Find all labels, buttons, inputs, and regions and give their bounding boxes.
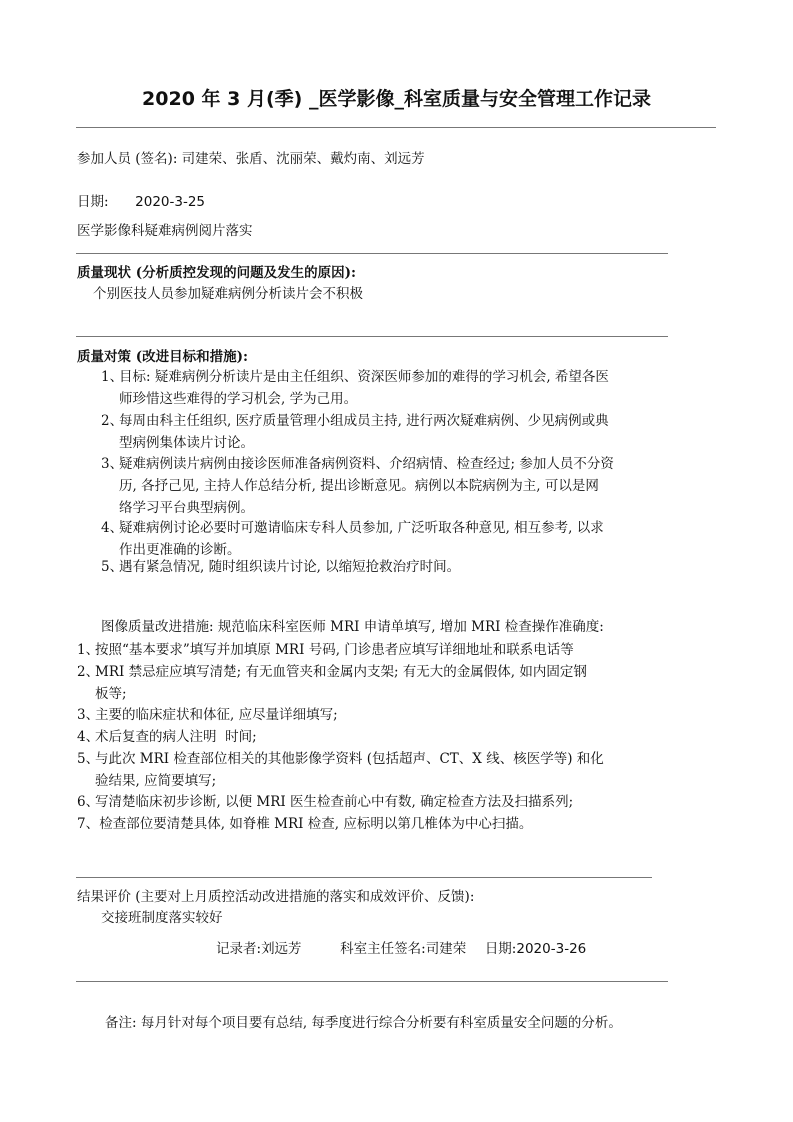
participants-label: 参加人员 (签名): [77,151,177,167]
sign-date-value: 2020-3-26 [516,941,586,957]
topic: 医学影像科疑难病例阅片落实 [77,220,253,242]
image-quality-heading: 图像质量改进措施: 规范临床科室医师 MRI 申请单填写, 增加 MRI 检查操… [101,616,604,638]
image-item-3: 3、 主要的临床症状和体征, 应尽量详细填写; [77,704,727,726]
sign-date-label: 日期: [485,941,517,957]
participants-row: 参加人员 (签名): 司建荣、张盾、沈丽荣、戴灼南、刘远芳 [77,148,425,170]
measure-item-4: 4、 疑难病例讨论必要时可邀请临床专科人员参加, 广泛听取各种意见, 相互参考,… [101,517,721,561]
measure-item-2: 2、 每周由科主任组织, 医疗质量管理小组成员主持, 进行两次疑难病例、少见病例… [101,410,721,454]
divider [76,336,668,337]
status-heading: 质量现状 (分析质控发现的问题及发生的原因): [77,262,356,284]
divider [76,127,716,128]
status-content: 个别医技人员参加疑难病例分析读片会不积极 [93,283,363,305]
measures-heading: 质量对策 (改进目标和措施): [77,346,248,368]
image-item-2: 2、 MRI 禁忌症应填写清楚; 有无血管夹和金属内支架; 有无大的金属假体, … [77,661,727,705]
image-item-6: 6、 写清楚临床初步诊断, 以便 MRI 医生检查前心中有数, 确定检查方法及扫… [77,791,727,813]
date-label: 日期: [77,194,109,210]
evaluation-content: 交接班制度落实较好 [101,907,223,929]
divider [76,877,652,878]
date-value: 2020-3-25 [135,194,205,210]
participants-names: 司建荣、张盾、沈丽荣、戴灼南、刘远芳 [182,151,425,167]
image-item-7: 7、 检查部位要清楚具体, 如脊椎 MRI 检查, 应标明以第几椎体为中心扫描。 [77,813,727,835]
divider [76,981,668,982]
director-label: 科室主任签名: [340,941,426,957]
footnote: 备注: 每月针对每个项目要有总结, 每季度进行综合分析要有科室质量安全问题的分析… [105,1012,622,1034]
image-item-1: 1、 按照“基本要求”填写并加填原 MRI 号码, 门诊患者应填写详细地址和联系… [77,639,727,661]
date-row: 日期: 2020-3-25 [77,191,205,213]
image-item-4: 4、 术后复查的病人注明 时间; [77,726,727,748]
image-item-5: 5、 与此次 MRI 检查部位相关的其他影像学资料 (包括超声、CT、X 线、核… [77,748,727,792]
recorder-name: 刘远芳 [261,941,302,957]
divider [76,253,668,254]
evaluation-heading: 结果评价 (主要对上月质控活动改进措施的落实和成效评价、反馈): [77,886,474,908]
signature-row: 记录者:刘远芳 科室主任签名:司建荣 日期:2020-3-26 [216,938,586,960]
measure-item-5: 5、 遇有紧急情况, 随时组织读片讨论, 以缩短抢救治疗时间。 [101,556,721,578]
recorder-label: 记录者: [216,941,261,957]
page-title: 2020 年 3 月(季) _医学影像_科室质量与安全管理工作记录 [0,84,793,111]
measure-item-3: 3、 疑难病例读片病例由接诊医师准备病例资料、介绍病情、检查经过; 参加人员不分… [101,453,721,519]
director-name: 司建荣 [426,941,467,957]
measure-item-1: 1、 目标: 疑难病例分析读片是由主任组织、资深医师参加的难得的学习机会, 希望… [101,366,721,410]
